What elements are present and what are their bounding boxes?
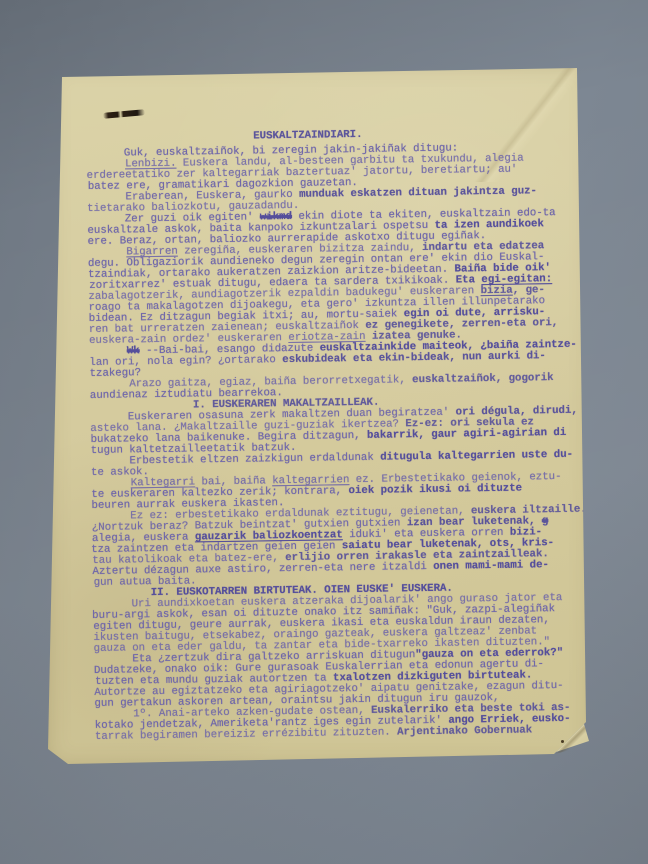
typewritten-text: EUSKALTZAINDIARI. Guk, euskaltzaiñok, bi… <box>86 127 600 743</box>
text-segment: izan bear luketenak, <box>407 515 536 529</box>
text-segment <box>86 131 253 145</box>
text-segment: kaltegarrien <box>272 474 349 487</box>
text-segment: wikmd <box>260 211 292 223</box>
text-segment: indartu eta edatzea <box>422 240 544 254</box>
text-segment: bai, baiña <box>195 475 272 488</box>
text-segment: g <box>542 515 549 527</box>
ink-scratch-mark <box>103 109 145 119</box>
desk-background: EUSKALTZAINDIARI. Guk, euskaltzaiñok, bi… <box>0 0 648 864</box>
text-segment: EUSKALTZAINDIARI. <box>253 129 362 143</box>
text-segment <box>88 246 127 259</box>
text-segment: Bigarren <box>126 246 178 259</box>
paper-sheet: EUSKALTZAINDIARI. Guk, euskaltzaiñok, bi… <box>46 62 594 768</box>
text-segment: gun autua baita. <box>94 575 197 589</box>
text-segment: Arjentinako Gobernuak <box>397 724 532 738</box>
text-segment: Zer guzi oik egiten' <box>86 211 260 226</box>
text-segment: Kaltegarri <box>131 476 195 489</box>
text-segment <box>92 477 131 490</box>
text-segment: euskaltzaiñok, gogorik <box>412 372 554 386</box>
text-segment: Ez-ez: ori sekula ez <box>405 416 534 430</box>
dirt-speck <box>561 740 564 743</box>
